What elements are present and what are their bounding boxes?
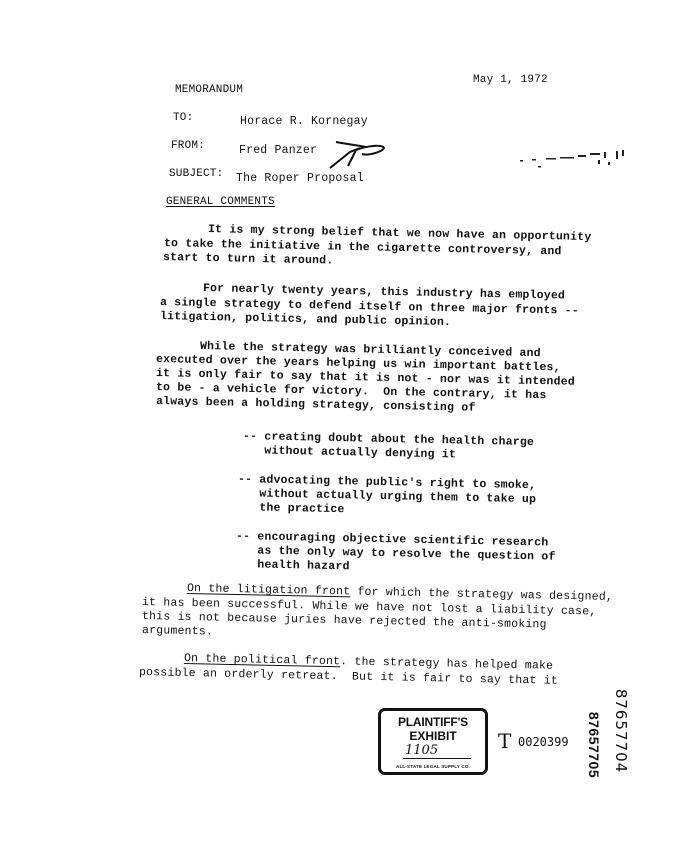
stamp-line2: EXHIBIT [381,729,485,743]
memo-page: May 1, 1972 MEMORANDUM TO: Horace R. Kor… [0,0,675,858]
exhibit-number: 1105 [405,743,438,758]
subject-label: SUBJECT: [169,168,223,181]
subject-value: The Roper Proposal [236,172,364,185]
from-value: Fred Panzer [239,144,317,157]
p4-line: arguments. [142,624,213,638]
exhibit-number-underline [403,758,471,759]
to-label: TO: [173,112,193,125]
litigation-front-lead: On the litigation front [187,582,351,598]
stamp-supplier: ALL-STATE LEGAL SUPPLY CO. [381,764,485,769]
political-front-lead: On the political front [184,652,340,668]
scan-artifact-marks [518,148,630,172]
bates-code: 0020399 [518,735,569,749]
side-number-printed: 87657705 [586,695,602,795]
bullet-line: the practice [238,501,345,516]
signature-initials [326,138,388,172]
side-number-handwritten: 87657704 [612,676,630,786]
memo-date: May 1, 1972 [473,74,548,87]
from-label: FROM: [171,140,205,153]
section-heading: GENERAL COMMENTS [166,196,275,209]
bullet-line: health hazard [236,558,350,573]
bates-mark: T [498,729,511,753]
plaintiffs-exhibit-stamp: PLAINTIFF'S EXHIBIT 1105 ALL-STATE LEGAL… [378,708,488,775]
memo-heading: MEMORANDUM [175,84,243,97]
p1-line: start to turn it around. [163,251,334,268]
stamp-line1: PLAINTIFF'S [381,715,485,729]
to-value: Horace R. Kornegay [240,115,368,128]
